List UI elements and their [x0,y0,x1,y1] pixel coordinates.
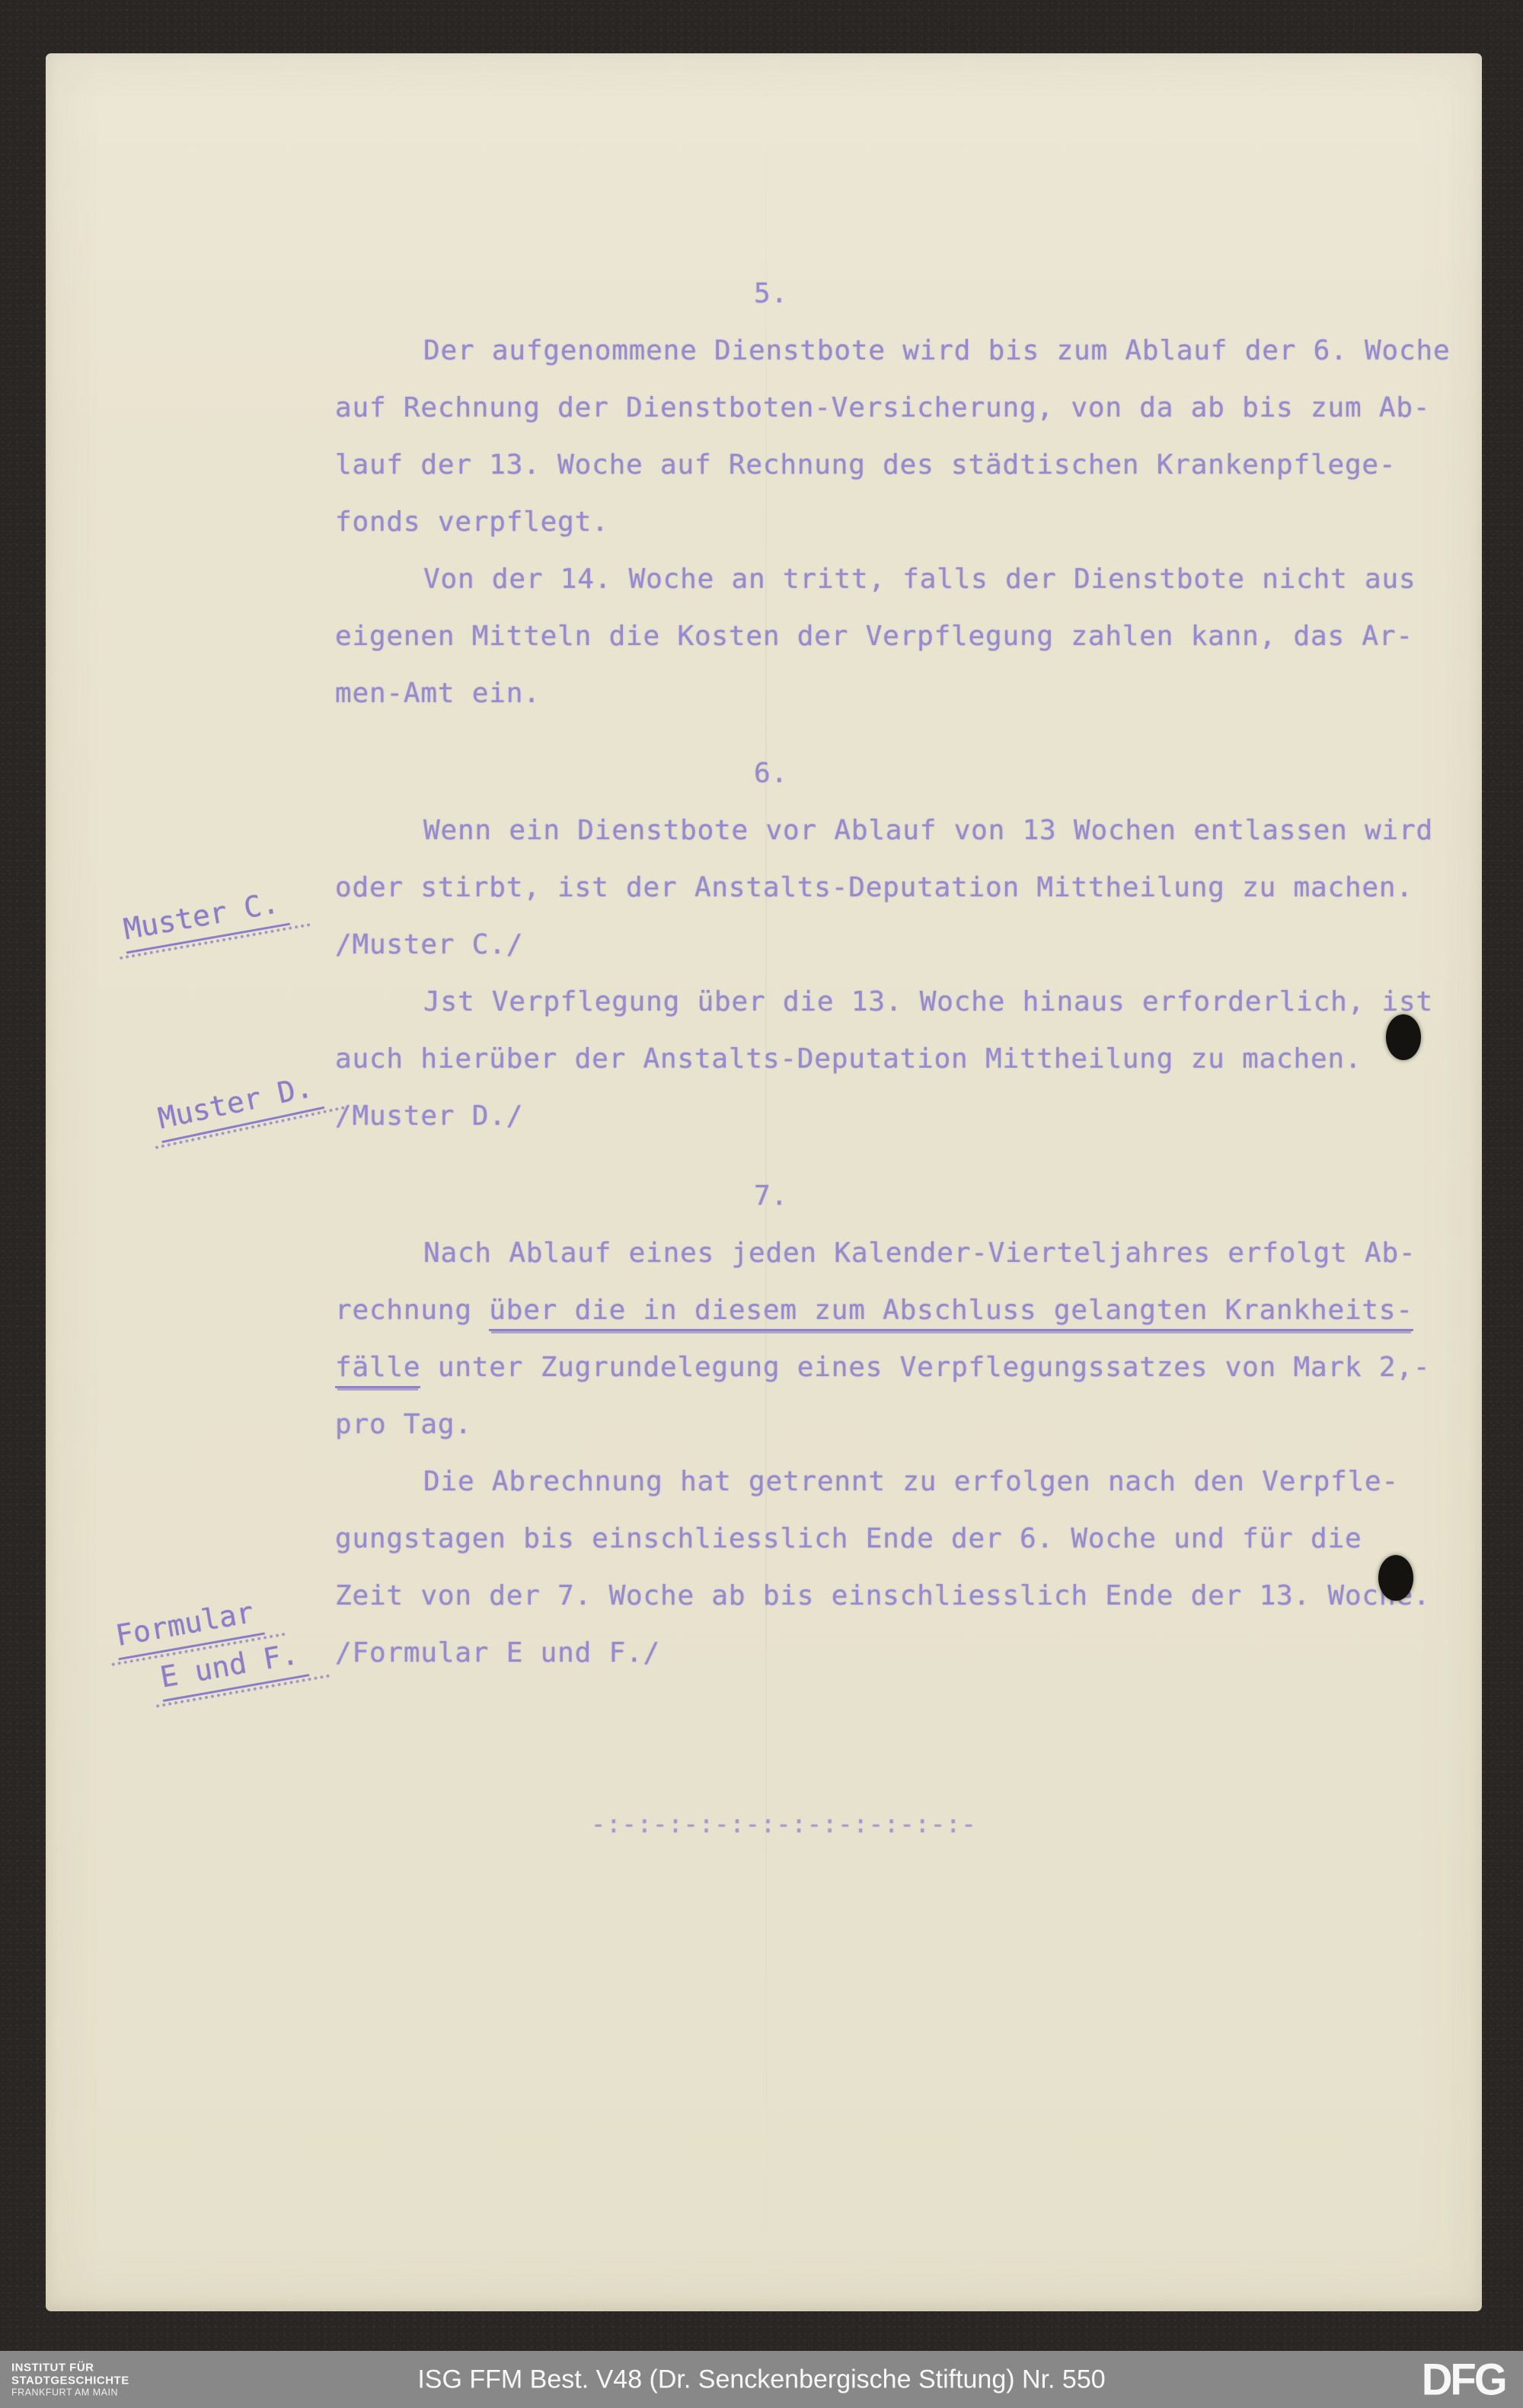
punch-hole [1386,1014,1421,1060]
institute-line: STADTGESCHICHTE [11,2374,129,2387]
typed-line: /Muster C./ [335,916,1462,973]
typed-line: men-Amt ein. [335,665,1462,722]
typed-line: gungstagen bis einschliesslich Ende der … [335,1510,1462,1567]
margin-note-text: Muster D. [154,1068,324,1143]
typed-text: rechnung [335,1295,489,1326]
hand-underlined-text: fälle [335,1352,420,1388]
institute-line: FRANKFURT AM MAIN [11,2387,129,2398]
hand-underlined-text: über die in diesem zum Abschluss gelangt… [489,1295,1413,1331]
margin-note-muster-d: Muster D. [154,1068,324,1143]
scanned-document-page: 5. Der aufgenommene Dienstbote wird bis … [46,53,1482,2311]
section-number-6: 6. [754,745,1462,802]
typed-line: Der aufgenommene Dienstbote wird bis zum… [335,322,1462,379]
typed-line: lauf der 13. Woche auf Rechnung des städ… [335,436,1462,493]
typed-line: Jst Verpflegung über die 13. Woche hinau… [335,973,1462,1030]
typed-line: Zeit von der 7. Woche ab bis einschliess… [335,1567,1462,1624]
institute-label: INSTITUT FÜR STADTGESCHICHTE FRANKFURT A… [11,2361,129,2398]
section-number-7: 7. [754,1167,1462,1225]
typed-line: auch hierüber der Anstalts-Deputation Mi… [335,1030,1462,1087]
archive-reference: ISG FFM Best. V48 (Dr. Senckenbergische … [417,2365,1105,2394]
typed-line: Nach Ablauf eines jeden Kalender-Viertel… [335,1225,1462,1282]
typed-line: auf Rechnung der Dienstboten-Versicherun… [335,379,1462,436]
typed-line: /Muster D./ [335,1087,1462,1145]
typed-line: /Formular E und F./ [335,1624,1462,1681]
typed-line: fälle unter Zugrundelegung eines Verpfle… [335,1339,1462,1396]
margin-note-muster-c: Muster C. [120,884,290,953]
typed-line: fonds verpflegt. [335,493,1462,551]
margin-note-text: Muster C. [120,884,290,953]
typed-line: pro Tag. [335,1396,1462,1453]
typed-line: Die Abrechnung hat getrennt zu erfolgen … [335,1453,1462,1510]
typed-line: rechnung über die in diesem zum Abschlus… [335,1282,1462,1339]
archive-footer-bar: INSTITUT FÜR STADTGESCHICHTE FRANKFURT A… [0,2351,1523,2408]
margin-note-formular-e-f: Formular E und F. [112,1588,310,1708]
typed-line: eigenen Mitteln die Kosten der Verpflegu… [335,608,1462,665]
institute-line: INSTITUT FÜR [11,2361,129,2374]
typed-text-column: 5. Der aufgenommene Dienstbote wird bis … [335,53,1462,1853]
dfg-logo: DFG [1421,2354,1505,2405]
typed-line: oder stirbt, ist der Anstalts-Deputation… [335,859,1462,916]
typed-text: unter Zugrundelegung eines Verpflegungss… [420,1352,1430,1383]
typed-line: Wenn ein Dienstbote vor Ablauf von 13 Wo… [335,802,1462,859]
section-number-5: 5. [754,265,1462,322]
punch-hole [1378,1555,1413,1601]
typed-divider-line: -:-:-:-:-:-:-:-:-:-:-:-:- [591,1796,1462,1853]
typed-line: Von der 14. Woche an tritt, falls der Di… [335,551,1462,608]
